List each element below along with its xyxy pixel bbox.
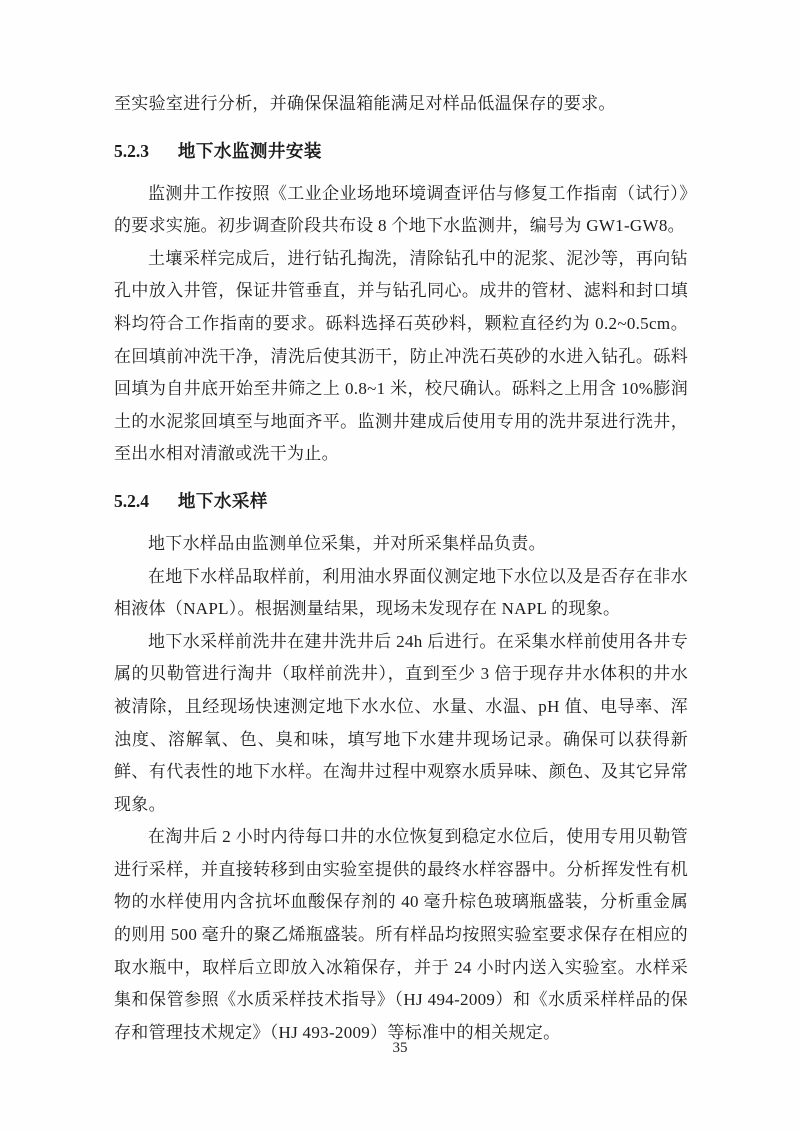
paragraph: 监测井工作按照《工业企业场地环境调查评估与修复工作指南（试行）》的要求实施。初步… xyxy=(114,178,688,243)
paragraph-continuation: 至实验室进行分析，并确保保温箱能满足对样品低温保存的要求。 xyxy=(114,88,688,121)
page-number: 35 xyxy=(0,1040,800,1057)
section-title: 地下水采样 xyxy=(178,491,268,511)
page-content: 至实验室进行分析，并确保保温箱能满足对样品低温保存的要求。 5.2.3 地下水监… xyxy=(0,0,800,1049)
section-number: 5.2.4 xyxy=(114,491,149,511)
paragraph: 在地下水样品取样前，利用油水界面仪测定地下水位以及是否存在非水相液体（NAPL）… xyxy=(114,561,688,626)
paragraph: 地下水样品由监测单位采集，并对所采集样品负责。 xyxy=(114,528,688,561)
section-title: 地下水监测井安装 xyxy=(178,141,322,161)
section-heading-5-2-3: 5.2.3 地下水监测井安装 xyxy=(114,135,688,167)
section-number: 5.2.3 xyxy=(114,141,149,161)
section-heading-5-2-4: 5.2.4 地下水采样 xyxy=(114,485,688,517)
paragraph: 在淘井后 2 小时内待每口井的水位恢复到稳定水位后，使用专用贝勒管进行采样，并直… xyxy=(114,821,688,1049)
document-page: 至实验室进行分析，并确保保温箱能满足对样品低温保存的要求。 5.2.3 地下水监… xyxy=(0,0,800,1131)
paragraph: 土壤采样完成后，进行钻孔掏洗，清除钻孔中的泥浆、泥沙等，再向钻孔中放入井管，保证… xyxy=(114,243,688,471)
paragraph: 地下水采样前洗井在建井洗井后 24h 后进行。在采集水样前使用各井专属的贝勒管进… xyxy=(114,626,688,822)
